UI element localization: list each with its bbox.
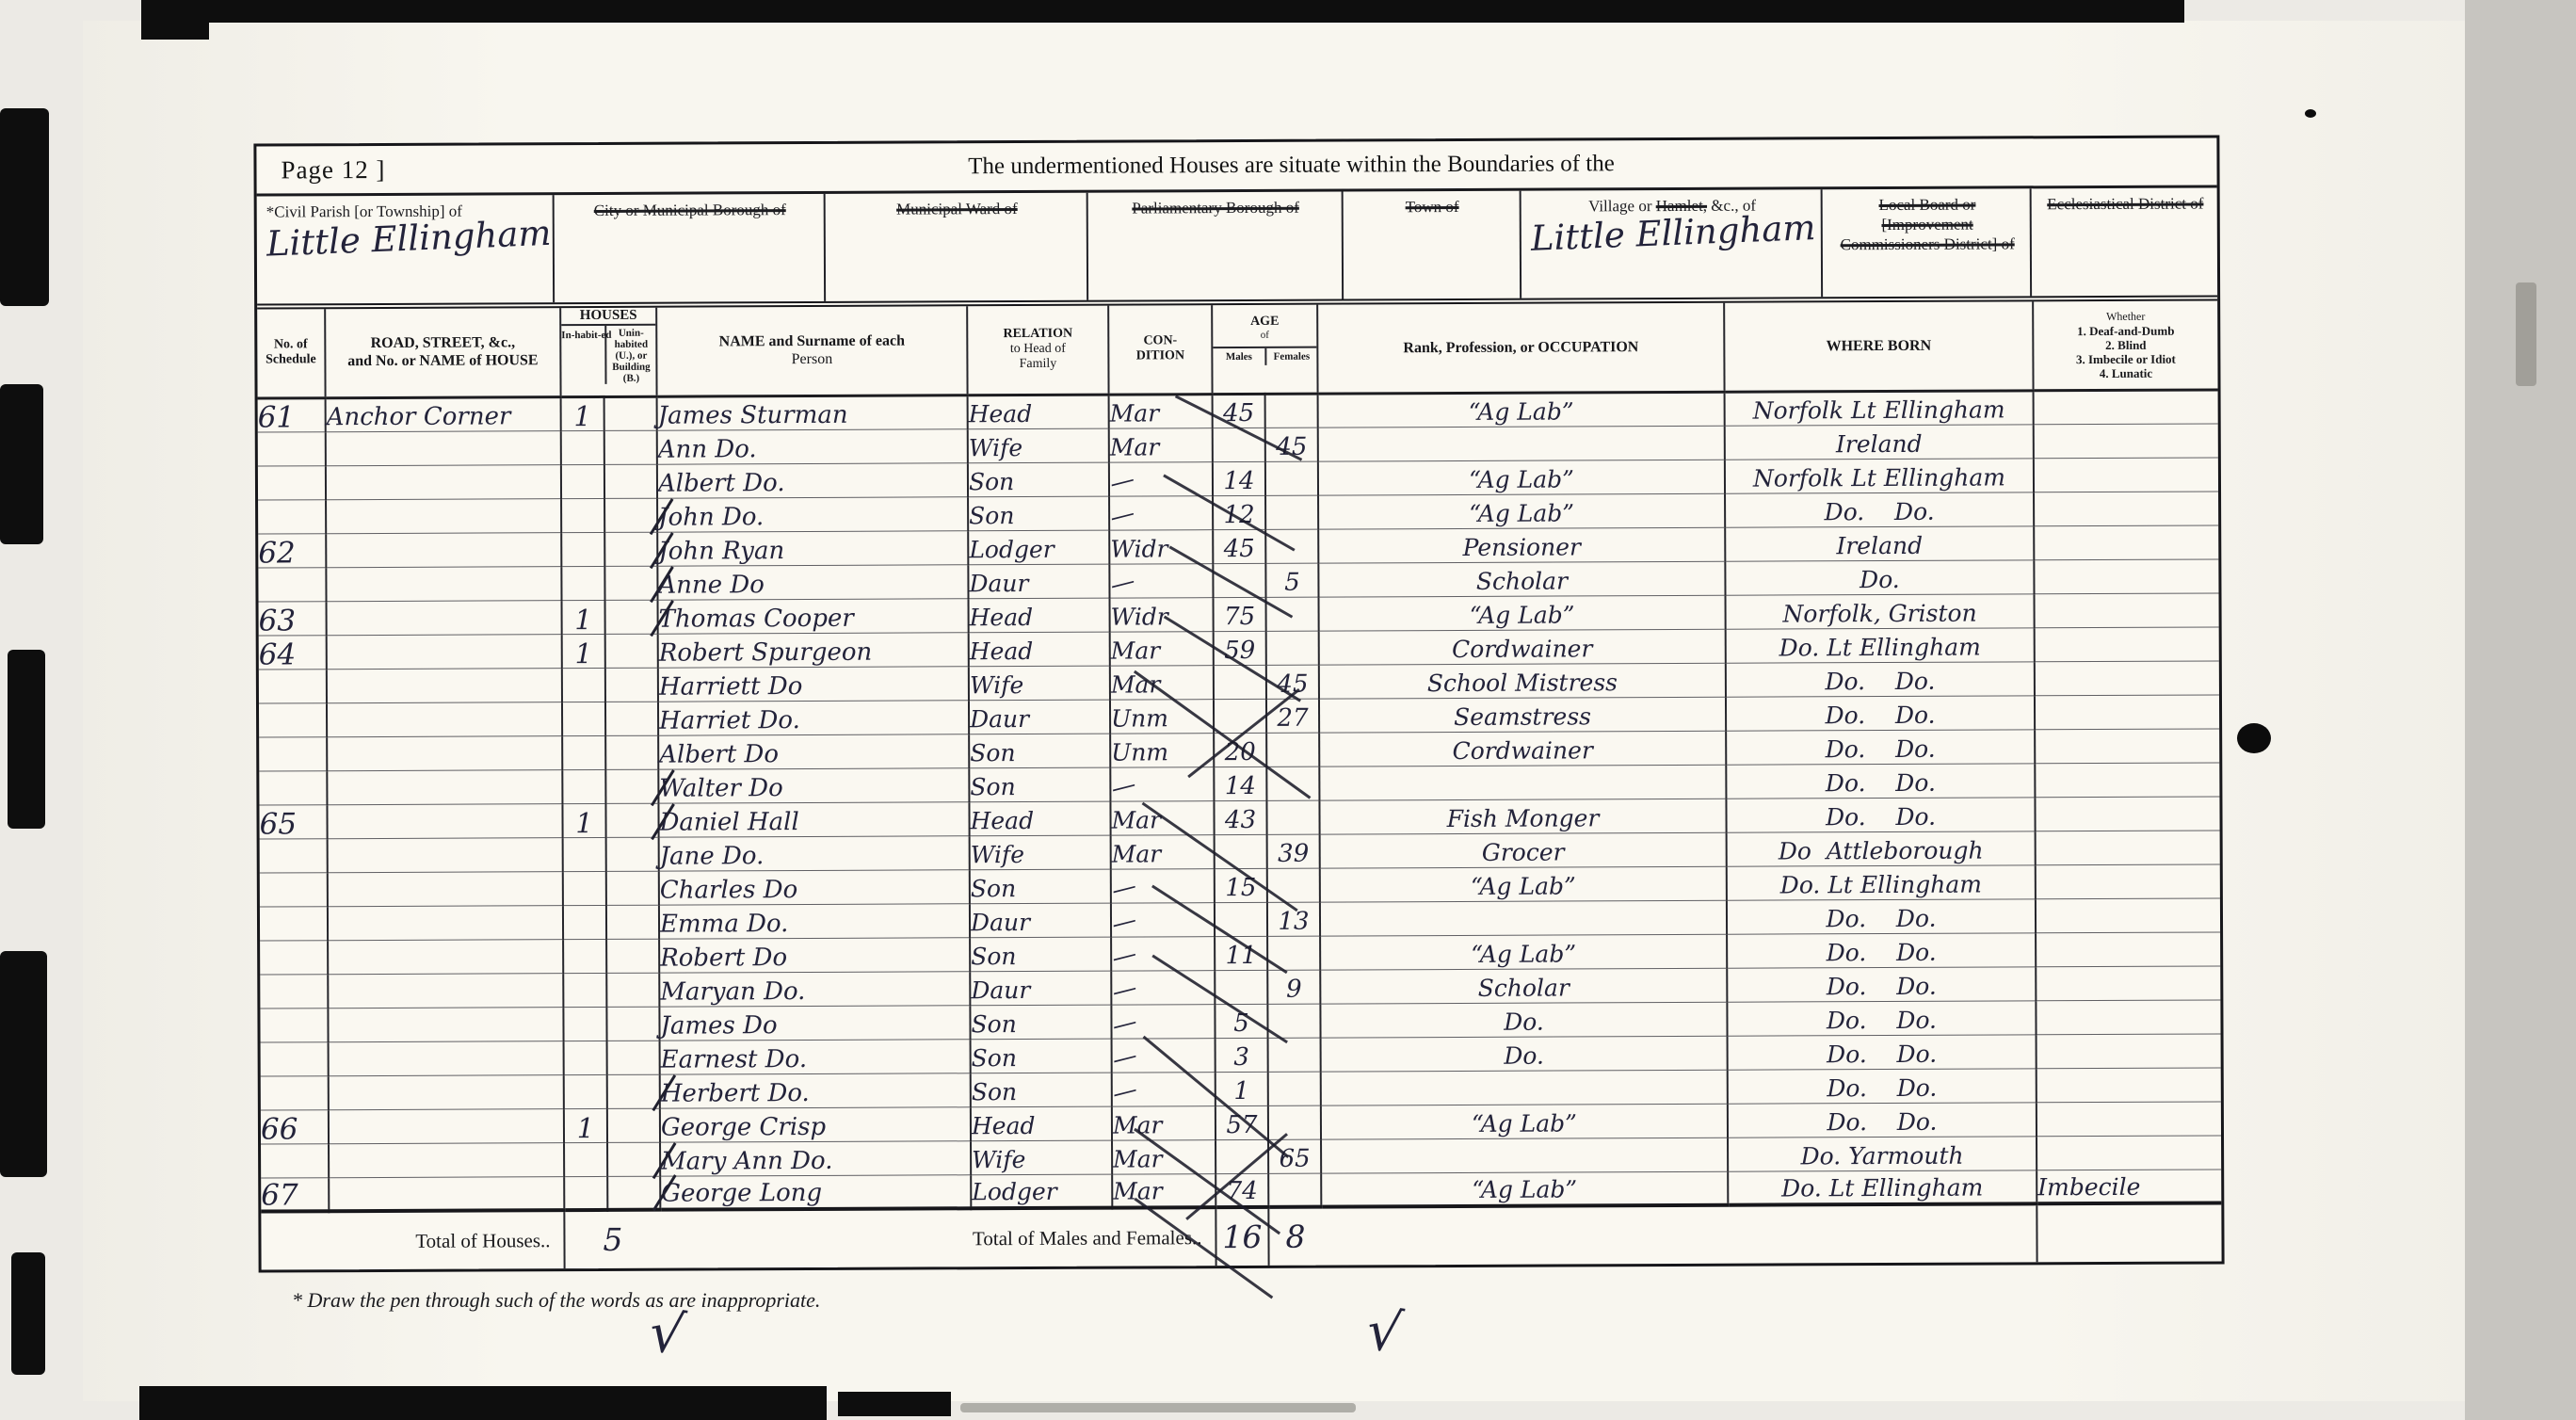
cell-condition: Unm xyxy=(1110,733,1214,766)
cell-infirmity xyxy=(2034,389,2218,424)
col-header-schedule: No. ofSchedule xyxy=(257,309,325,397)
cell-inhabited xyxy=(563,905,606,939)
cell-schedule xyxy=(261,1075,329,1109)
total-males-females-label: Total of Males and Females.. xyxy=(660,1207,1216,1268)
cell-road xyxy=(328,973,563,1008)
jurisdiction-band: *Civil Parish [or Township] of Little El… xyxy=(257,187,2218,309)
cell-road xyxy=(327,769,562,804)
cell-age-male: 14 xyxy=(1213,461,1265,495)
cell-where-born: Ireland xyxy=(1725,525,2034,560)
col-header-infirmity: Whether 1. Deaf-and-Dumb 2. Blind 3. Imb… xyxy=(2033,300,2217,390)
cell-uninhabited xyxy=(604,532,657,566)
cell-name: Robert Do xyxy=(659,937,970,972)
cell-inhabited xyxy=(563,837,606,871)
cell-schedule xyxy=(260,940,328,974)
cell-uninhabited xyxy=(604,396,657,430)
cell-inhabited: 1 xyxy=(562,803,605,837)
cell-road xyxy=(327,668,562,702)
jurisdiction-value xyxy=(1352,221,1512,228)
title-row: Page 12 ] The undermentioned Houses are … xyxy=(256,137,2216,196)
col-header-condition: CON-DITION xyxy=(1108,305,1212,394)
col-header-born: WHERE BORN xyxy=(1724,301,2033,391)
scan-artifact-top-bar xyxy=(141,0,2184,23)
cell-age-male: 59 xyxy=(1214,631,1266,665)
cell-road xyxy=(328,939,563,974)
cell-inhabited xyxy=(564,1142,607,1176)
cell-age-female: 5 xyxy=(1265,563,1318,597)
jurisdiction-cell: Ecclesiastical District of xyxy=(2032,187,2217,296)
cell-name: Robert Spurgeon xyxy=(658,632,969,667)
cell-road xyxy=(329,1108,564,1143)
census-table: No. ofSchedule ROAD, STREET, &c.,and No.… xyxy=(257,300,2221,1269)
cell-age-female xyxy=(1265,394,1318,428)
cell-schedule: 64 xyxy=(259,635,327,669)
cell-name: Ann Do. xyxy=(657,428,968,463)
cell-age-male: 3 xyxy=(1216,1038,1268,1072)
cell-age-male: 43 xyxy=(1214,800,1266,834)
cell-schedule xyxy=(258,499,326,533)
total-houses-value: 5 xyxy=(564,1210,660,1268)
cell-inhabited xyxy=(564,1074,607,1108)
cell-age-male: 14 xyxy=(1214,766,1266,800)
col-header-occupation: Rank, Profession, or OCCUPATION xyxy=(1317,303,1724,394)
cell-occupation: “Ag Lab” xyxy=(1321,1104,1728,1139)
cell-schedule: 65 xyxy=(259,804,327,838)
cell-condition xyxy=(1109,495,1213,529)
cell-occupation: Scholar xyxy=(1318,561,1725,597)
cell-uninhabited xyxy=(605,668,658,702)
cell-relation: Daur xyxy=(970,903,1111,938)
cell-condition: Mar xyxy=(1111,834,1215,868)
cell-name: Emma Do. xyxy=(659,903,970,938)
cell-occupation xyxy=(1318,426,1725,461)
cell-age-male: 12 xyxy=(1213,495,1265,529)
cell-infirmity xyxy=(2035,626,2219,661)
cell-road xyxy=(329,1142,564,1177)
cell-age-male: 75 xyxy=(1214,597,1266,631)
cell-age-male: 45 xyxy=(1213,394,1265,428)
cell-age-male xyxy=(1213,428,1265,461)
col-header-road: ROAD, STREET, &c.,and No. or NAME of HOU… xyxy=(325,308,560,397)
cell-infirmity xyxy=(2036,965,2220,1000)
cell-occupation: School Mistress xyxy=(1319,663,1726,699)
cell-age-male xyxy=(1214,665,1266,699)
cell-name: Albert Do xyxy=(658,734,969,768)
cell-road xyxy=(327,702,562,736)
cell-schedule xyxy=(260,974,328,1008)
cell-uninhabited xyxy=(607,1142,660,1176)
cell-inhabited xyxy=(562,735,605,769)
cell-uninhabited xyxy=(606,1007,659,1041)
cell-age-male xyxy=(1214,699,1266,733)
cell-where-born: Do Attleborough xyxy=(1727,831,2036,865)
cell-road xyxy=(329,1074,564,1109)
cell-condition xyxy=(1110,766,1214,800)
cell-age-female xyxy=(1266,800,1319,834)
cell-name: Walter Do xyxy=(658,767,969,802)
cell-age-male: 74 xyxy=(1216,1173,1268,1207)
cell-infirmity xyxy=(2036,830,2220,864)
cell-infirmity xyxy=(2035,728,2219,763)
cell-occupation: Do. xyxy=(1321,1036,1728,1072)
cell-name: Charles Do xyxy=(659,869,970,904)
cell-name: Harriett Do xyxy=(658,666,969,701)
jurisdiction-cell: Town of xyxy=(1343,191,1521,299)
cell-inhabited xyxy=(561,464,604,498)
cell-relation: Son xyxy=(968,496,1109,531)
cell-where-born: Do. Do. xyxy=(1727,966,2036,1001)
jurisdiction-cell: *Civil Parish [or Township] of Little El… xyxy=(257,195,555,303)
cell-relation: Head xyxy=(969,632,1110,667)
cell-age-female xyxy=(1268,1105,1321,1139)
cell-schedule xyxy=(259,736,327,770)
cell-condition xyxy=(1111,902,1215,936)
cell-infirmity xyxy=(2037,1135,2221,1170)
cell-where-born: Norfolk Lt Ellingham xyxy=(1725,458,2034,492)
col-header-uninhabited: Unin-habited (U.), or Building (B.) xyxy=(606,326,655,384)
cell-road xyxy=(326,498,561,533)
cell-infirmity: Imbecile xyxy=(2037,1169,2221,1203)
cell-where-born: Do. Lt Ellingham xyxy=(1728,1170,2037,1204)
cell-inhabited xyxy=(563,1007,606,1041)
cell-schedule xyxy=(261,1041,329,1075)
cell-uninhabited xyxy=(607,1108,660,1142)
cell-relation: Wife xyxy=(970,835,1111,870)
cell-infirmity xyxy=(2036,863,2220,898)
page-number: Page 12 ] xyxy=(256,153,676,185)
cell-name: John Ryan xyxy=(657,530,968,565)
cell-where-born: Ireland xyxy=(1725,424,2034,459)
cell-condition: Widr xyxy=(1109,529,1213,563)
cell-relation: Daur xyxy=(968,564,1109,599)
cell-relation: Son xyxy=(969,734,1110,768)
cell-uninhabited xyxy=(606,905,659,939)
cell-relation: Son xyxy=(970,1005,1111,1040)
cell-schedule xyxy=(259,669,327,702)
cell-road xyxy=(326,532,561,567)
scan-smudge xyxy=(960,1403,1356,1412)
cell-occupation: Pensioner xyxy=(1318,527,1725,563)
cell-road xyxy=(329,1041,564,1075)
scan-artifact-bottom-bar xyxy=(139,1386,827,1420)
cell-name: George Crisp xyxy=(660,1106,971,1141)
cell-age-female xyxy=(1268,1072,1321,1105)
cell-infirmity xyxy=(2037,1067,2221,1102)
cell-condition: Mar xyxy=(1112,1105,1216,1139)
cell-occupation: Cordwainer xyxy=(1319,629,1726,665)
jurisdiction-value xyxy=(564,222,816,233)
cell-condition xyxy=(1111,1004,1215,1038)
cell-uninhabited xyxy=(604,498,657,532)
col-header-age: AGE of Males Females xyxy=(1212,305,1317,394)
cell-condition: Mar xyxy=(1112,1139,1216,1173)
cell-name: James Sturman xyxy=(657,395,968,429)
cell-uninhabited xyxy=(606,939,659,973)
cell-inhabited: 1 xyxy=(564,1108,607,1142)
cell-name: Maryan Do. xyxy=(659,971,970,1006)
cell-schedule xyxy=(260,1008,328,1041)
cell-where-born: Do. Do. xyxy=(1726,661,2035,696)
jurisdiction-value: Little Ellingham xyxy=(1531,218,1814,249)
cell-relation: Head xyxy=(969,598,1110,633)
cell-occupation: Cordwainer xyxy=(1319,731,1726,766)
cell-name: Daniel Hall xyxy=(658,801,969,836)
cell-where-born: Norfolk, Griston xyxy=(1725,593,2034,628)
cell-road xyxy=(328,871,563,906)
cell-infirmity xyxy=(2035,660,2219,695)
cell-road xyxy=(327,803,562,838)
cell-age-female xyxy=(1266,733,1319,766)
cell-road xyxy=(328,905,563,940)
cell-schedule xyxy=(261,1143,329,1177)
cell-infirmity xyxy=(2037,1033,2221,1068)
cell-where-born: Norfolk Lt Ellingham xyxy=(1725,390,2034,425)
cell-where-born: Do. Do. xyxy=(1728,1102,2037,1137)
cell-infirmity xyxy=(2037,1101,2221,1136)
cell-age-female: 27 xyxy=(1266,699,1319,733)
cell-uninhabited xyxy=(604,464,657,498)
cell-age-female: 9 xyxy=(1267,970,1320,1004)
cell-uninhabited xyxy=(605,803,658,837)
cell-inhabited: 1 xyxy=(561,396,604,430)
scan-artifact xyxy=(11,1252,45,1375)
cell-inhabited xyxy=(562,668,605,702)
cell-schedule: 66 xyxy=(261,1109,329,1143)
cell-age-female xyxy=(1265,529,1318,563)
cell-infirmity xyxy=(2034,558,2218,593)
census-scan: Page 12 ] The undermentioned Houses are … xyxy=(0,0,2576,1420)
cell-condition: Mar xyxy=(1109,428,1213,461)
cell-condition: Mar xyxy=(1110,665,1214,699)
scan-artifact xyxy=(141,0,209,40)
cell-name: Mary Ann Do. xyxy=(660,1140,971,1175)
totals-row: Total of Houses.. 5 Total of Males and F… xyxy=(261,1202,2221,1269)
cell-uninhabited xyxy=(606,871,659,905)
cell-occupation: Do. xyxy=(1320,1002,1727,1038)
col-header-inhabited: In-habit-ed xyxy=(561,326,606,384)
cell-schedule xyxy=(260,872,328,906)
cell-age-male xyxy=(1213,563,1265,597)
cell-infirmity xyxy=(2035,762,2219,797)
cell-road xyxy=(326,430,561,465)
scan-smudge xyxy=(2516,282,2536,386)
cell-where-born: Do. Do. xyxy=(1727,898,2036,933)
cell-relation: Wife xyxy=(969,666,1110,701)
form-heading: The undermentioned Houses are situate wi… xyxy=(676,148,2216,181)
cell-relation: Head xyxy=(969,801,1110,836)
cell-name: James Do xyxy=(659,1005,970,1040)
cell-uninhabited xyxy=(605,769,658,803)
cell-occupation: “Ag Lab” xyxy=(1319,595,1726,631)
cell-schedule xyxy=(259,770,327,804)
cell-road xyxy=(327,600,562,635)
cell-schedule xyxy=(258,431,326,465)
cell-relation: Head xyxy=(968,395,1109,429)
cell-infirmity xyxy=(2035,694,2219,729)
cell-inhabited xyxy=(562,702,605,735)
scan-artifact xyxy=(838,1392,951,1416)
cell-condition: Mar xyxy=(1109,394,1213,428)
total-males-value: 16 xyxy=(1216,1207,1268,1266)
cell-infirmity xyxy=(2034,491,2218,525)
cell-where-born: Do. Do. xyxy=(1728,1034,2037,1069)
cell-infirmity xyxy=(2036,931,2220,966)
form-footnote: * Draw the pen through such of the words… xyxy=(292,1288,820,1313)
cell-name: Albert Do. xyxy=(657,462,968,497)
cell-relation: Wife xyxy=(971,1140,1112,1175)
cell-age-female xyxy=(1266,631,1319,665)
cell-where-born: Do. Do. xyxy=(1727,932,2036,967)
cell-road xyxy=(326,566,561,601)
col-header-name: NAME and Surname of eachPerson xyxy=(656,306,967,395)
scan-artifact xyxy=(0,951,47,1177)
cell-occupation xyxy=(1321,1070,1728,1105)
cell-uninhabited xyxy=(605,702,658,735)
cell-uninhabited xyxy=(605,600,658,634)
cell-relation: Daur xyxy=(970,971,1111,1006)
cell-schedule xyxy=(258,465,326,499)
cell-where-born: Do. Do. xyxy=(1727,1000,2036,1035)
cell-where-born: Do. Lt Ellingham xyxy=(1726,627,2035,662)
cell-name: Harriet Do. xyxy=(658,700,969,734)
cell-uninhabited xyxy=(607,1041,660,1074)
cell-inhabited xyxy=(563,939,606,973)
cell-road xyxy=(328,1007,563,1041)
cell-name: Herbert Do. xyxy=(660,1073,971,1107)
jurisdiction-cell: Village or Hamlet, &c., of Little Elling… xyxy=(1521,189,1823,298)
cell-where-born: Do. Lt Ellingham xyxy=(1727,864,2036,899)
cell-condition xyxy=(1112,1072,1216,1105)
col-header-houses: HOUSES In-habit-ed Unin-habited (U.), or… xyxy=(560,308,656,396)
cell-relation: Head xyxy=(971,1106,1112,1141)
cell-inhabited xyxy=(564,1041,607,1074)
cell-road xyxy=(327,735,562,770)
scan-edge-band xyxy=(2465,0,2576,1420)
cell-name: George Long xyxy=(660,1174,971,1209)
cell-inhabited xyxy=(561,532,604,566)
cell-where-born: Do. Do. xyxy=(1726,729,2035,764)
cell-relation: Daur xyxy=(969,700,1110,734)
cell-where-born: Do. Yarmouth xyxy=(1728,1136,2037,1170)
cell-inhabited xyxy=(561,498,604,532)
jurisdiction-value xyxy=(1098,220,1333,230)
cell-inhabited xyxy=(561,430,604,464)
cell-relation: Son xyxy=(971,1073,1112,1107)
cell-age-female xyxy=(1268,1173,1321,1207)
cell-occupation: “Ag Lab” xyxy=(1320,866,1727,902)
cell-inhabited xyxy=(563,973,606,1007)
cell-inhabited xyxy=(563,871,606,905)
jurisdiction-value xyxy=(835,221,1079,231)
cell-infirmity xyxy=(2034,592,2218,627)
cell-name: Earnest Do. xyxy=(660,1039,971,1073)
cell-relation: Son xyxy=(968,462,1109,497)
cell-name: Thomas Cooper xyxy=(658,598,969,633)
cell-schedule: 61 xyxy=(258,397,326,431)
cell-schedule: 62 xyxy=(258,533,326,567)
col-header-age-males: Males xyxy=(1213,348,1266,365)
cell-uninhabited xyxy=(604,566,657,600)
cell-uninhabited xyxy=(606,837,659,871)
cell-infirmity xyxy=(2035,796,2219,831)
cell-relation: Son xyxy=(969,767,1110,802)
cell-occupation: Grocer xyxy=(1320,832,1727,868)
cell-uninhabited xyxy=(607,1176,660,1210)
cell-where-born: Do. Do. xyxy=(1726,763,2035,798)
cell-infirmity xyxy=(2036,897,2220,932)
cell-age-male: 45 xyxy=(1213,529,1265,563)
cell-age-female xyxy=(1265,495,1318,529)
cell-occupation: “Ag Lab” xyxy=(1318,493,1725,529)
cell-uninhabited xyxy=(604,430,657,464)
cell-occupation: “Ag Lab” xyxy=(1318,460,1725,495)
cell-schedule: 67 xyxy=(261,1177,329,1211)
cell-inhabited xyxy=(562,769,605,803)
cell-age-male: 5 xyxy=(1215,1004,1267,1038)
cell-occupation: Fish Monger xyxy=(1319,799,1726,834)
cell-road xyxy=(329,1176,564,1211)
cell-where-born: Do. xyxy=(1725,559,2034,594)
jurisdiction-cell: Municipal Ward of xyxy=(826,193,1089,301)
cell-uninhabited xyxy=(607,1074,660,1108)
cell-age-female: 39 xyxy=(1267,834,1320,868)
cell-infirmity xyxy=(2034,457,2218,492)
cell-road: Anchor Corner xyxy=(326,396,561,431)
cell-where-born: Do. Do. xyxy=(1725,492,2034,526)
total-houses-label: Total of Houses.. xyxy=(261,1210,564,1269)
cell-inhabited: 1 xyxy=(562,634,605,668)
cell-schedule xyxy=(260,838,328,872)
cell-schedule xyxy=(259,702,327,736)
cell-name: Jane Do. xyxy=(659,835,970,870)
cell-age-female xyxy=(1268,1038,1321,1072)
cell-occupation: Scholar xyxy=(1320,968,1727,1004)
ink-speck xyxy=(2305,109,2316,118)
cell-occupation: “Ag Lab” xyxy=(1320,934,1727,970)
cell-inhabited xyxy=(564,1176,607,1210)
ink-blot xyxy=(2237,723,2271,753)
cell-schedule xyxy=(260,906,328,940)
cell-relation: Lodger xyxy=(971,1174,1112,1209)
cell-age-female xyxy=(1265,461,1318,495)
jurisdiction-value xyxy=(2041,218,2210,224)
cell-where-born: Do. Do. xyxy=(1726,797,2035,831)
cell-name: Anne Do xyxy=(657,564,968,599)
cell-where-born: Do. Do. xyxy=(1728,1068,2037,1103)
cell-occupation xyxy=(1319,765,1726,800)
jurisdiction-value: Little Ellingham xyxy=(266,223,546,254)
cell-schedule: 63 xyxy=(259,601,327,635)
cell-occupation: “Ag Lab” xyxy=(1318,392,1725,428)
cell-where-born: Do. Do. xyxy=(1726,695,2035,730)
cell-relation: Son xyxy=(970,869,1111,904)
total-females-value: 8 xyxy=(1268,1207,1321,1266)
cell-road xyxy=(327,634,562,669)
cell-infirmity xyxy=(2036,999,2220,1034)
cell-condition xyxy=(1111,936,1215,970)
cell-uninhabited xyxy=(605,735,658,769)
cell-occupation xyxy=(1321,1138,1728,1173)
scan-artifact xyxy=(8,650,45,829)
scan-artifact xyxy=(0,384,43,544)
cell-infirmity xyxy=(2034,423,2218,458)
cell-relation: Son xyxy=(971,1039,1112,1073)
jurisdiction-cell: Parliamentary Borough of xyxy=(1088,192,1344,300)
cell-occupation xyxy=(1320,900,1727,936)
col-header-age-females: Females xyxy=(1266,348,1316,365)
cell-occupation: “Ag Lab” xyxy=(1321,1171,1728,1207)
jurisdiction-value xyxy=(1832,258,2022,266)
